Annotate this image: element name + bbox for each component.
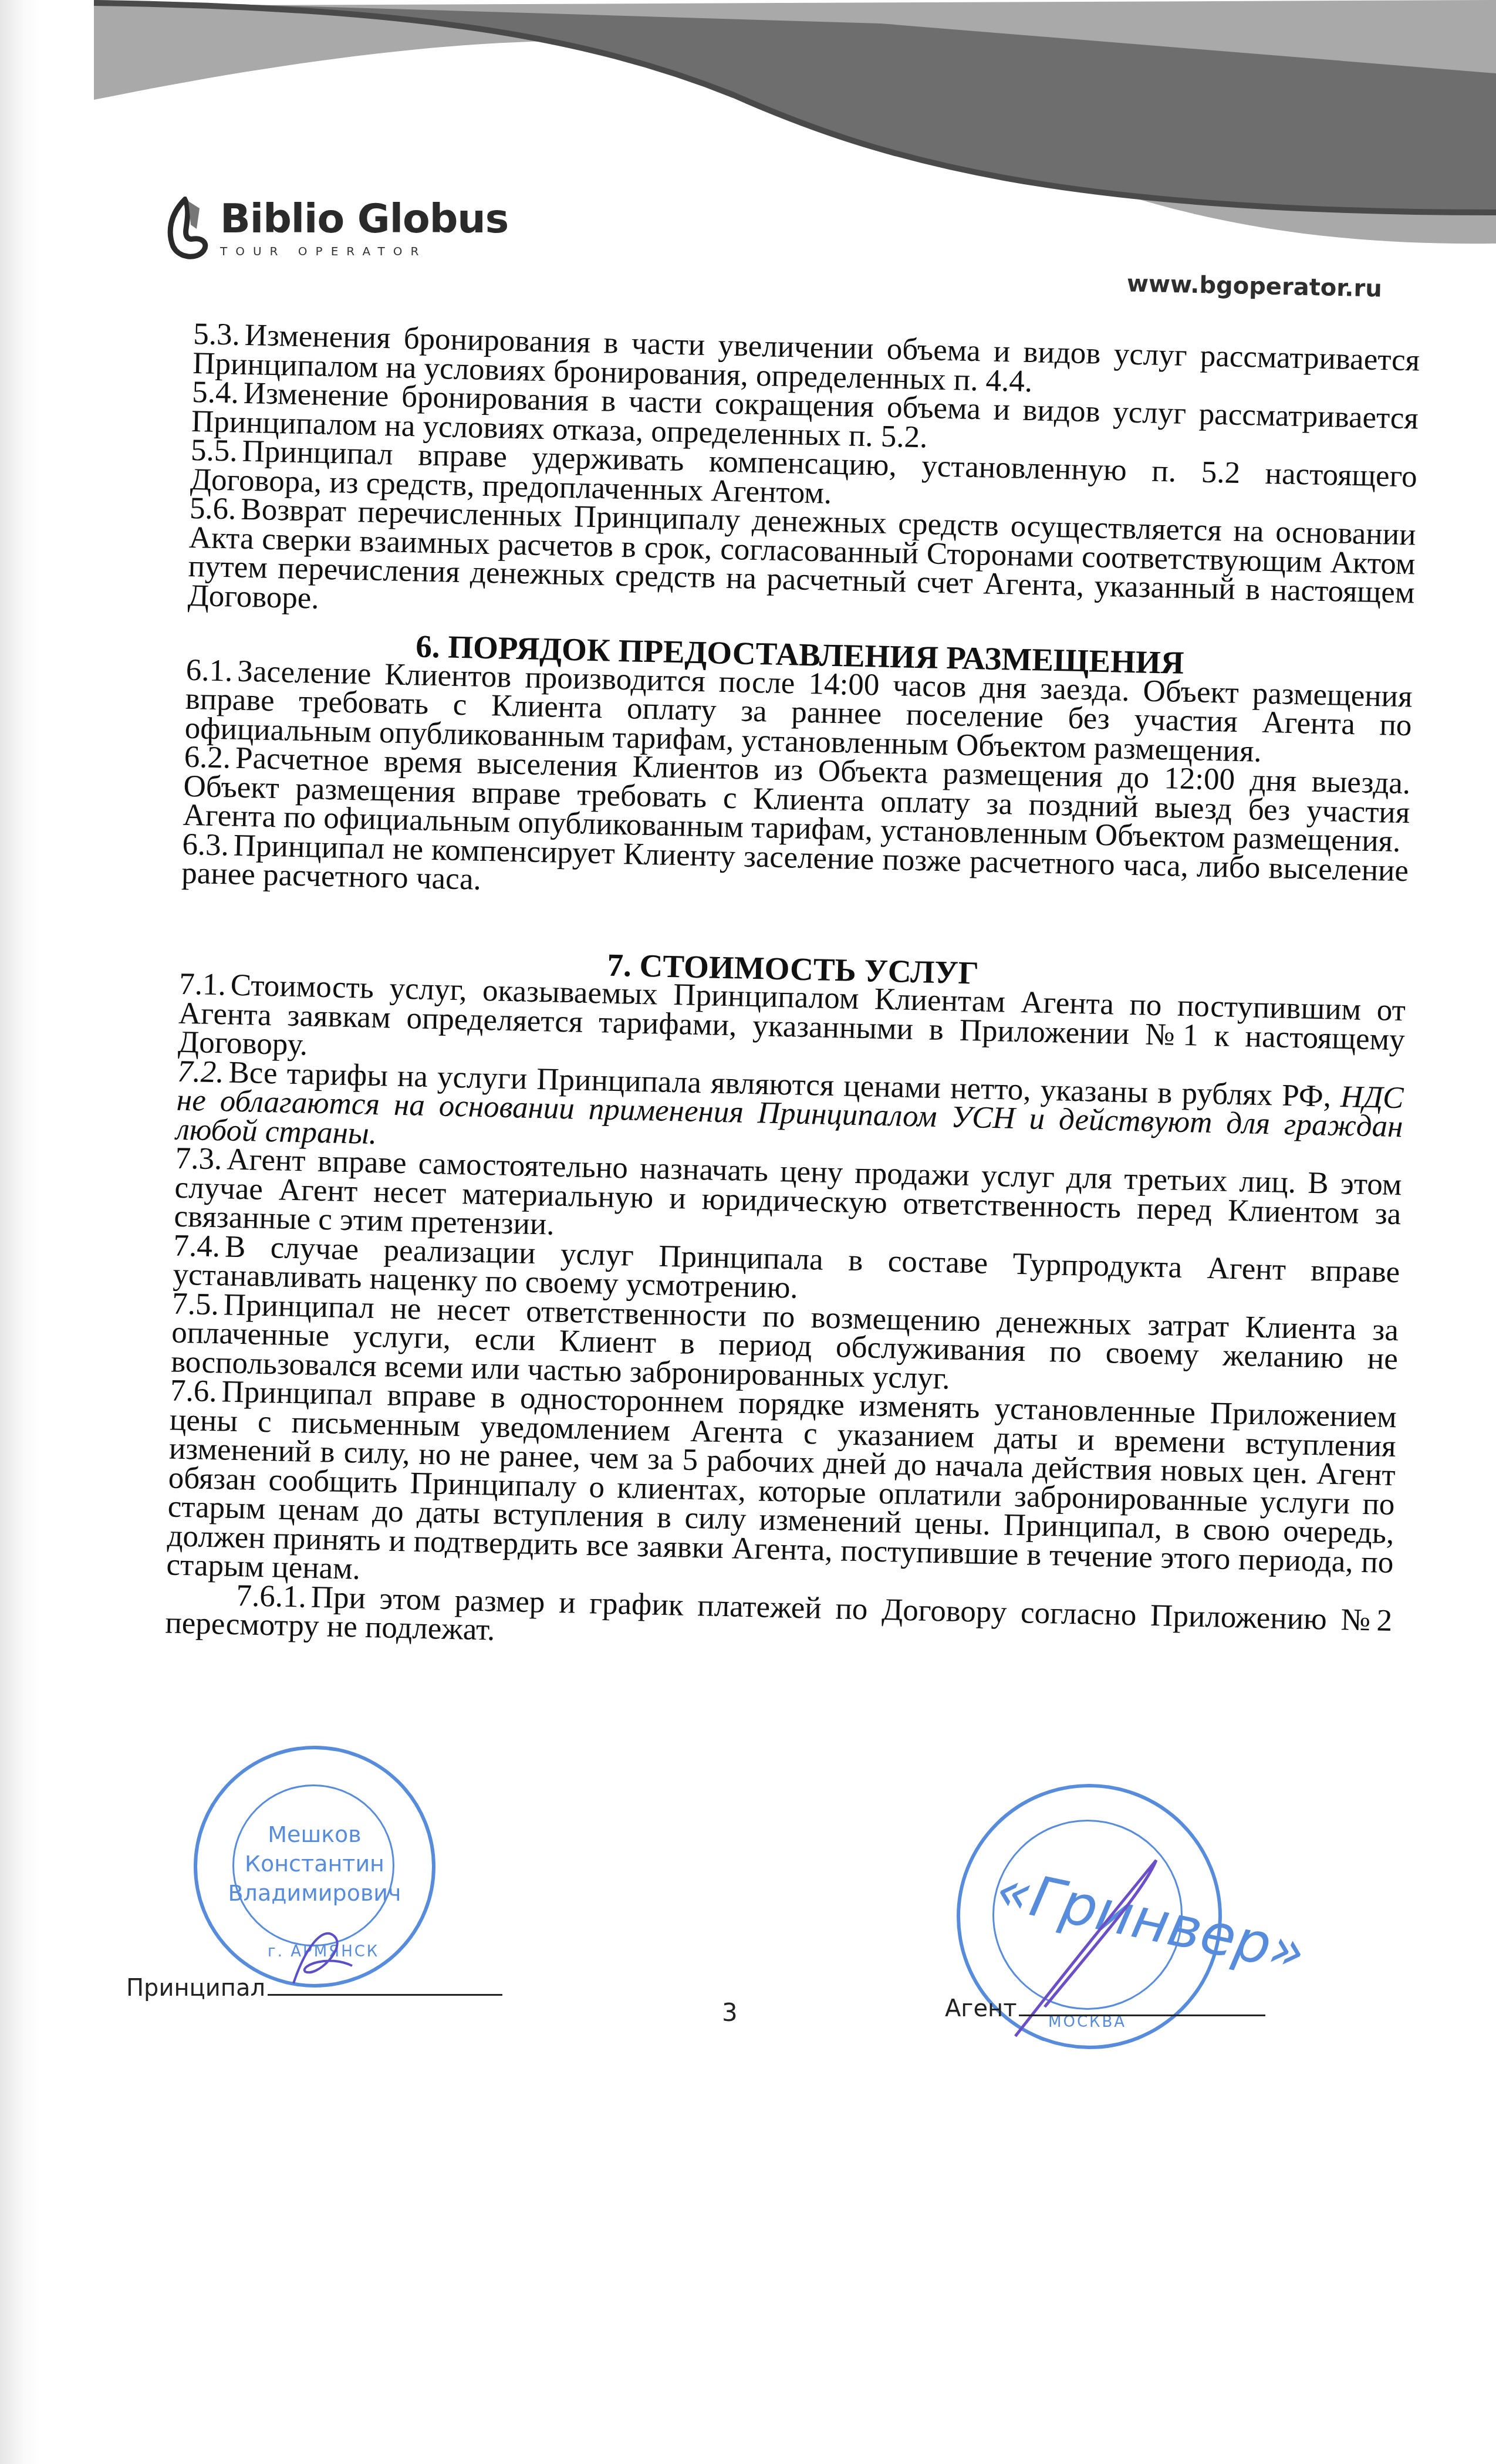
- signature-underline: [268, 1994, 502, 1996]
- principal-signature-line: Принципал: [126, 1975, 502, 2002]
- brand-logo: Biblio Globus TOUR OPERATOR: [167, 197, 508, 261]
- clause-7-6: 7.6.Принципал вправе в одностороннем пор…: [166, 1377, 1397, 1607]
- scan-edge-shadow: [0, 0, 41, 2464]
- brand-name: Biblio Globus: [220, 200, 508, 239]
- agent-signature-line: Агент: [945, 1995, 1265, 2022]
- website-link[interactable]: www.bgoperator.ru: [1127, 270, 1383, 302]
- document-page: Biblio Globus TOUR OPERATOR www.bgoperat…: [0, 0, 1496, 2464]
- page-number: 3: [722, 1998, 738, 2027]
- stamp-name: Мешков Константин Владимирович: [197, 1820, 432, 1908]
- signature-underline: [1019, 2015, 1265, 2016]
- biblio-globus-logo-icon: [167, 197, 208, 261]
- clause-5-6: 5.6.Возврат перечисленных Принципалу ден…: [187, 494, 1416, 637]
- brand-tagline: TOUR OPERATOR: [220, 244, 508, 258]
- contract-body: 5.3.Изменения бронирования в части увели…: [165, 320, 1420, 1665]
